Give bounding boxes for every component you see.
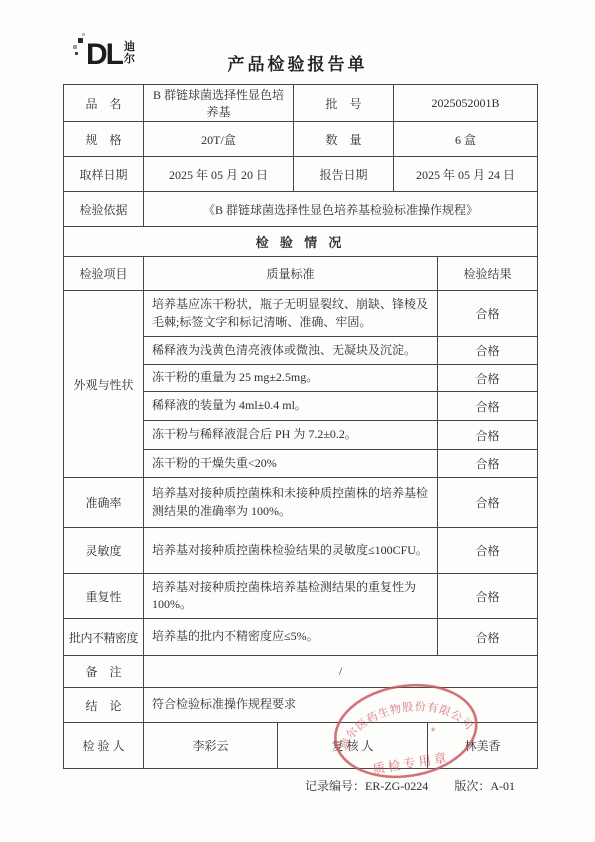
result-cell: 合格 xyxy=(438,619,538,656)
standard-cell: 稀释液的装量为 4ml±0.4 ml。 xyxy=(144,392,438,421)
standard-cell: 培养基对接种质控菌株检验结果的灵敏度≤100CFU。 xyxy=(144,528,438,574)
table-row: 结 论 符合检验标准操作规程要求 xyxy=(64,688,538,723)
table-row: 检 验 人 李彩云 复 核 人 林美香 xyxy=(64,723,538,769)
remark-label: 备 注 xyxy=(64,656,144,688)
result-cell: 合格 xyxy=(438,337,538,365)
result-cell: 合格 xyxy=(438,291,538,337)
item-intra-batch-imprecision: 批内不精密度 xyxy=(64,619,144,656)
basis-label: 检验依据 xyxy=(64,192,144,227)
table-row: 重复性 培养基对接种质控菌株培养基检测结果的重复性为 100%。 合格 xyxy=(64,574,538,619)
spec-value: 20T/盒 xyxy=(144,122,294,157)
table-row: 品 名 B 群链球菌选择性显色培养基 批 号 2025052001B xyxy=(64,85,538,122)
standard-cell: 冻干粉与稀释液混合后 PH 为 7.2±0.2。 xyxy=(144,421,438,450)
standard-cell: 稀释液为浅黄色清亮液体或微浊、无凝块及沉淀。 xyxy=(144,337,438,365)
record-number-label: 记录编号： xyxy=(305,779,365,793)
version-label: 版次： xyxy=(454,779,490,793)
signature-table: 检 验 人 李彩云 复 核 人 林美香 xyxy=(63,722,538,769)
standard-cell: 培养基对接种质控菌株培养基检测结果的重复性为 100%。 xyxy=(144,574,438,619)
report-date-label: 报告日期 xyxy=(294,157,394,192)
col-header-item: 检验项目 xyxy=(64,257,144,291)
inspector-label: 检 验 人 xyxy=(64,723,144,769)
quantity-label: 数 量 xyxy=(294,122,394,157)
item-appearance: 外观与性状 xyxy=(64,291,144,478)
batch-no-value: 2025052001B xyxy=(394,85,538,122)
batch-no-label: 批 号 xyxy=(294,85,394,122)
record-number-value: ER-ZG-0224 xyxy=(365,779,428,793)
result-cell: 合格 xyxy=(438,478,538,528)
inspection-table: 检 验 情 况 检验项目 质量标准 检验结果 外观与性状 培养基应冻干粉状，瓶子… xyxy=(63,226,538,656)
product-name-label: 品 名 xyxy=(64,85,144,122)
col-header-result: 检验结果 xyxy=(438,257,538,291)
logo-pixel-decoration xyxy=(73,45,77,49)
logo-pixel-decoration xyxy=(82,33,85,36)
conclusion-label: 结 论 xyxy=(64,688,144,723)
page-title: 产品检验报告单 xyxy=(0,50,595,75)
table-row: 外观与性状 培养基应冻干粉状，瓶子无明显裂纹、崩缺、锋棱及毛棘;标签文字和标记清… xyxy=(64,291,538,337)
table-row: 灵敏度 培养基对接种质控菌株检验结果的灵敏度≤100CFU。 合格 xyxy=(64,528,538,574)
version-value: A-01 xyxy=(490,779,515,793)
standard-cell: 冻干粉的重量为 25 mg±2.5mg。 xyxy=(144,365,438,392)
record-number: 记录编号：ER-ZG-0224 xyxy=(305,777,428,794)
report-date-value: 2025 年 05 月 24 日 xyxy=(394,157,538,192)
result-cell: 合格 xyxy=(438,528,538,574)
table-row: 备 注 / xyxy=(64,656,538,688)
conclusion-value: 符合检验标准操作规程要求 xyxy=(144,688,538,723)
reviewer-name: 林美香 xyxy=(428,723,538,769)
table-row: 取样日期 2025 年 05 月 20 日 报告日期 2025 年 05 月 2… xyxy=(64,157,538,192)
result-cell: 合格 xyxy=(438,450,538,478)
standard-cell: 培养基对接种质控菌株和未接种质控菌株的培养基检测结果的准确率为 100%。 xyxy=(144,478,438,528)
logo-pixel-decoration xyxy=(78,38,83,43)
table-row: 批内不精密度 培养基的批内不精密度应≤5%。 合格 xyxy=(64,619,538,656)
quantity-value: 6 盒 xyxy=(394,122,538,157)
item-sensitivity: 灵敏度 xyxy=(64,528,144,574)
result-cell: 合格 xyxy=(438,421,538,450)
version: 版次：A-01 xyxy=(454,777,515,794)
page-footer: 记录编号：ER-ZG-0224 版次：A-01 xyxy=(63,777,537,794)
col-header-standard: 质量标准 xyxy=(144,257,438,291)
standard-cell: 冻干粉的干燥失重<20% xyxy=(144,450,438,478)
standard-cell: 培养基的批内不精密度应≤5%。 xyxy=(144,619,438,656)
result-cell: 合格 xyxy=(438,574,538,619)
result-cell: 合格 xyxy=(438,392,538,421)
item-repeatability: 重复性 xyxy=(64,574,144,619)
inspector-name: 李彩云 xyxy=(144,723,278,769)
table-row: 准确率 培养基对接种质控菌株和未接种质控菌株的培养基检测结果的准确率为 100%… xyxy=(64,478,538,528)
remark-conclusion-table: 备 注 / 结 论 符合检验标准操作规程要求 xyxy=(63,655,538,723)
table-row: 规 格 20T/盒 数 量 6 盒 xyxy=(64,122,538,157)
item-accuracy: 准确率 xyxy=(64,478,144,528)
info-table: 品 名 B 群链球菌选择性显色培养基 批 号 2025052001B 规 格 2… xyxy=(63,84,538,227)
reviewer-label: 复 核 人 xyxy=(278,723,428,769)
table-row: 检验依据 《B 群链球菌选择性显色培养基检验标准操作规程》 xyxy=(64,192,538,227)
table-row: 检验项目 质量标准 检验结果 xyxy=(64,257,538,291)
standard-cell: 培养基应冻干粉状，瓶子无明显裂纹、崩缺、锋棱及毛棘;标签文字和标记清晰、准确、牢… xyxy=(144,291,438,337)
report-table: 品 名 B 群链球菌选择性显色培养基 批 号 2025052001B 规 格 2… xyxy=(63,85,537,769)
remark-value: / xyxy=(144,656,538,688)
sampling-date-label: 取样日期 xyxy=(64,157,144,192)
section-title: 检 验 情 况 xyxy=(64,227,538,257)
report-page: DL迪尔 产品检验报告单 品 名 B 群链球菌选择性显色培养基 批 号 2025… xyxy=(0,0,595,842)
basis-value: 《B 群链球菌选择性显色培养基检验标准操作规程》 xyxy=(144,192,538,227)
spec-label: 规 格 xyxy=(64,122,144,157)
product-name-value: B 群链球菌选择性显色培养基 xyxy=(144,85,294,122)
result-cell: 合格 xyxy=(438,365,538,392)
table-row: 检 验 情 况 xyxy=(64,227,538,257)
sampling-date-value: 2025 年 05 月 20 日 xyxy=(144,157,294,192)
